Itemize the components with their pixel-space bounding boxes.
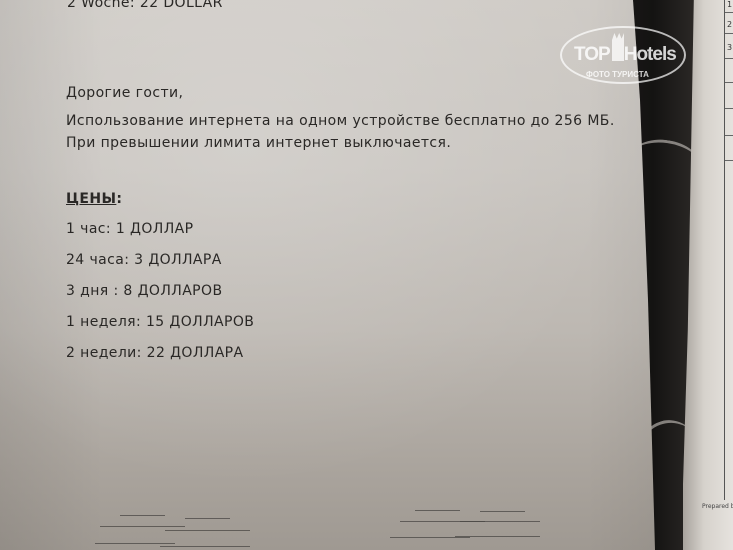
notice-body-line: Использование интернета на одном устройс… xyxy=(66,113,615,129)
notice-body-line: При превышении лимита интернет выключает… xyxy=(66,135,451,151)
signature-rule xyxy=(165,530,250,531)
paper-shading xyxy=(0,0,690,550)
signature-rule xyxy=(390,537,470,538)
prices-heading-colon: : xyxy=(116,191,122,207)
watermark-subtitle: ФОТО ТУРИСТА xyxy=(586,70,649,79)
watermark-brand-right: Hotels xyxy=(624,44,676,65)
prices-heading: ЦЕНЫ: xyxy=(66,191,122,207)
side-row-number: 2 xyxy=(727,20,732,29)
side-row-number: 1 xyxy=(727,0,732,9)
price-item: 1 час: 1 ДОЛЛАР xyxy=(66,221,193,237)
signature-rule xyxy=(460,521,540,522)
side-table xyxy=(724,0,733,500)
signature-rule xyxy=(120,515,165,516)
price-item: 2 недели: 22 ДОЛЛАРА xyxy=(66,345,244,361)
prepared-by-label: Prepared by xyxy=(702,503,733,510)
previous-price-line: 2 Woche: 22 DOLLAR xyxy=(67,0,223,11)
price-item: 3 дня : 8 ДОЛЛАРОВ xyxy=(66,283,222,299)
signature-rule xyxy=(455,536,540,537)
watermark-brand-left: TOP xyxy=(574,44,610,65)
signature-rule xyxy=(185,518,230,519)
signature-rule xyxy=(95,543,175,544)
signature-rule xyxy=(100,526,185,527)
signature-rule xyxy=(415,510,460,511)
signature-rule xyxy=(480,511,525,512)
price-item: 1 неделя: 15 ДОЛЛАРОВ xyxy=(66,314,254,330)
watermark-brand: TOPHotels xyxy=(574,44,676,66)
signature-rule xyxy=(160,546,250,547)
side-row-number: 3 xyxy=(727,43,732,52)
price-item: 24 часа: 3 ДОЛЛАРА xyxy=(66,252,222,268)
prices-heading-text: ЦЕНЫ xyxy=(66,191,116,207)
greeting: Дорогие гости, xyxy=(66,85,183,101)
